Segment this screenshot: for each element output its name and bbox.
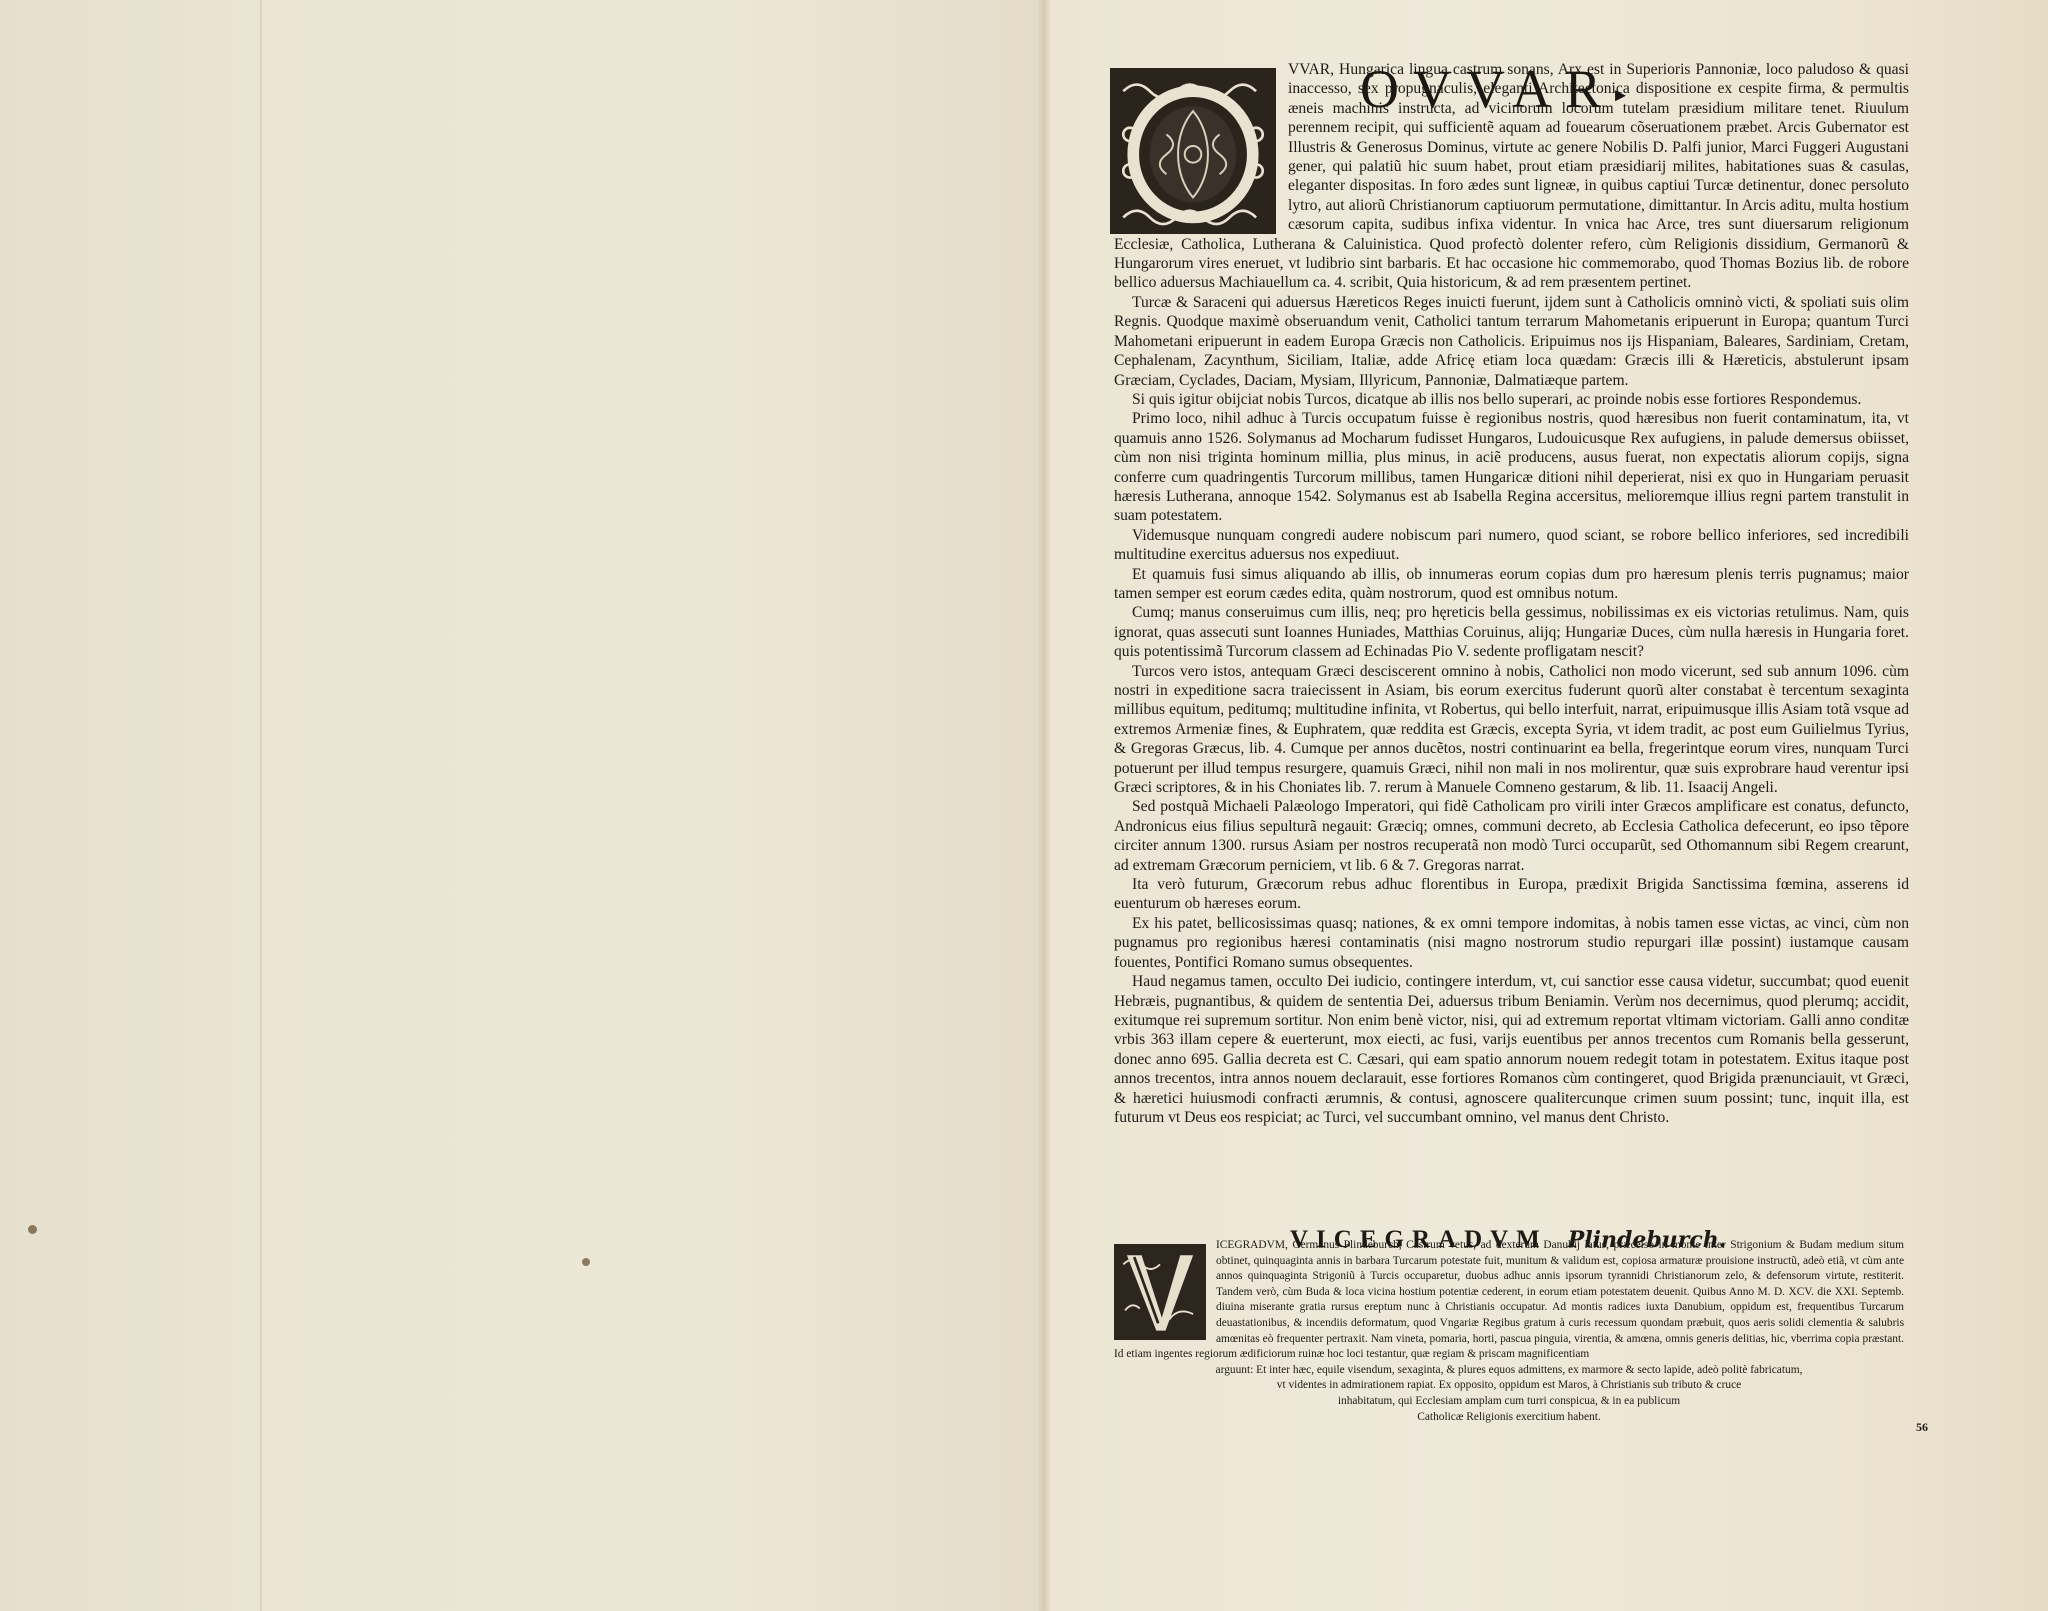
page-number: 56 [1916,1420,1928,1435]
paragraph: ICEGRADVM, Germanus Plindeburch, Castrum… [1114,1238,1904,1363]
paragraph: Sed postquã Michaeli Palæologo Imperator… [1114,797,1909,875]
dropcap-space [1110,60,1282,226]
tail-line: vt videntes in admirationem rapiat. Ex o… [1114,1378,1904,1394]
center-fold [1038,0,1050,1611]
vicegradum-article-body: ICEGRADVM, Germanus Plindeburch, Castrum… [1114,1238,1904,1425]
paper-crease [260,0,262,1611]
foxing-spot [28,1225,37,1234]
paragraph: Turcæ & Saraceni qui aduersus Hæreticos … [1114,293,1909,390]
paragraph: Primo loco, nihil adhuc à Turcis occupat… [1114,409,1909,525]
paragraph: Ex his patet, bellicosissimas quasq; nat… [1114,914,1909,972]
paragraph: Et quamuis fusi simus aliquando ab illis… [1114,565,1909,604]
paragraph: Haud negamus tamen, occulto Dei iudicio,… [1114,972,1909,1127]
dropcap-space [1114,1238,1210,1334]
paragraph: Cumq; manus conseruimus cum illis, neq; … [1114,603,1909,661]
paragraph: Si quis igitur obijciat nobis Turcos, di… [1114,390,1909,409]
tail-line: inhabitatum, qui Ecclesiam amplam cum tu… [1114,1394,1904,1410]
paragraph: Videmusque nunquam congredi audere nobis… [1114,526,1909,565]
ovvar-article-body: VVAR, Hungarica lingua castrum sonans, A… [1114,60,1909,1127]
paragraph: Turcos vero istos, antequam Græci descis… [1114,662,1909,798]
foxing-spot [582,1258,590,1266]
paragraph: Ita verò futurum, Græcorum rebus adhuc f… [1114,875,1909,914]
tail-line: arguunt: Et inter hæc, equile visendum, … [1114,1363,1904,1379]
left-page-blank [0,0,1048,1611]
tail-line: Catholicæ Religionis exercitium habent. [1114,1410,1904,1426]
